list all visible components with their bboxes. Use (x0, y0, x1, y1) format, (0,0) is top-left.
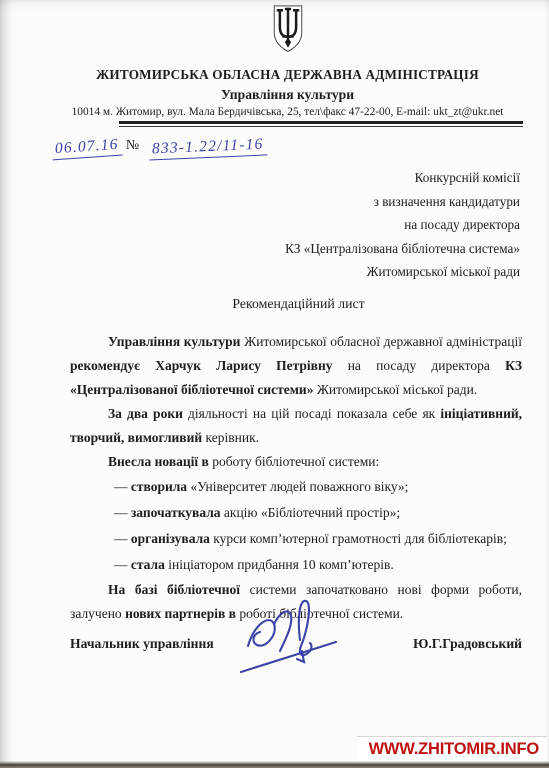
ukraine-trident-emblem-icon (267, 4, 309, 54)
department-name: Управління культури (34, 87, 541, 103)
document-title: Рекомендаційний лист (75, 296, 522, 312)
numero-sign: № (126, 138, 139, 153)
signer-position: Начальник управління (70, 636, 214, 652)
addressee-line: на посаду директора (220, 213, 520, 237)
list-item: — створила «Університет людей поважного … (114, 474, 522, 500)
reference-number-row: 06.07.16 № 833-1.22/11-16 (52, 138, 267, 158)
list-intro: Внесла новації в роботу бібліотечної сис… (70, 450, 522, 474)
signer-name: Ю.Г.Градовський (413, 636, 522, 652)
signature-row: Начальник управління Ю.Г.Градовський (70, 636, 522, 652)
handwritten-date: 06.07.16 (51, 136, 122, 161)
paragraph: За два роки діяльності на цій посаді пок… (70, 402, 522, 450)
letter-body: Управління культури Житомирської обласно… (70, 330, 522, 626)
site-watermark: WWW.ZHITOMIR.INFO (357, 736, 547, 763)
scan-bottom-edge (0, 761, 549, 768)
addressee-line: з визначення кандидатури (220, 190, 520, 214)
addressee-block: Конкурсній комісії з визначення кандидат… (220, 166, 520, 284)
letterhead-divider (119, 121, 523, 127)
list-item: — організувала курси комп’ютерної грамот… (114, 526, 522, 552)
organization-name: ЖИТОМИРСЬКА ОБЛАСНА ДЕРЖАВНА АДМІНІСТРАЦ… (34, 67, 541, 83)
addressee-line: Житомирської міської ради (220, 260, 520, 284)
achievement-list: — створила «Університет людей поважного … (70, 474, 522, 578)
letterhead: ЖИТОМИРСЬКА ОБЛАСНА ДЕРЖАВНА АДМІНІСТРАЦ… (0, 0, 549, 127)
scanned-letter-page: ЖИТОМИРСЬКА ОБЛАСНА ДЕРЖАВНА АДМІНІСТРАЦ… (0, 0, 549, 768)
handwritten-number: 833-1.22/11-16 (149, 135, 267, 160)
list-item: — започаткувала акцію «Бібліотечний прос… (114, 500, 522, 526)
contact-line: 10014 м. Житомир, вул. Мала Бердичівська… (34, 106, 541, 118)
paragraph: Управління культури Житомирської обласно… (70, 330, 522, 402)
addressee-line: КЗ «Централізована бібліотечна система» (220, 237, 520, 261)
handwritten-signature (238, 594, 350, 676)
addressee-line: Конкурсній комісії (220, 166, 520, 190)
list-item: — стала ініціатором придбання 10 комп’ют… (114, 552, 522, 578)
